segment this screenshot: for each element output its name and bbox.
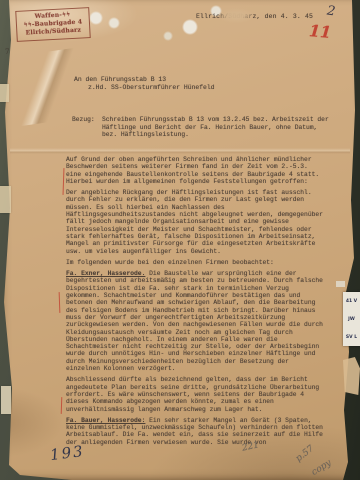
reference-label: Bezug: [72, 116, 102, 139]
paper-edge-tear [0, 186, 11, 213]
paper-edge-tear [0, 84, 9, 102]
typed-paragraph: Auf Grund der oben angeführten Schreiben… [66, 156, 324, 185]
typed-paragraph: Im folgenden wurde bei den einzelnen Fir… [66, 259, 324, 266]
side-label-text: JW [348, 317, 355, 322]
archive-side-label: 41 VJWSV L [343, 292, 360, 346]
address-line-2: z.Hd. SS-Obersturmführer Hünefeld [88, 84, 215, 92]
address-block: An den Führungsstab B 13 z.Hd. SS-Oberst… [74, 76, 215, 92]
firm-name-underlined: Fa. Bauer, Hasserode: [66, 417, 145, 424]
firm-name-underlined: Fa. Exner, Hasserode. [66, 270, 145, 277]
reference-text: Schreiben Führungsstab B 13 vom 13.2.45 … [102, 116, 334, 139]
side-label-text: 41 V [346, 299, 357, 304]
paper-crease [10, 148, 350, 154]
dateline: Ellrich/Südharz, den 4. 3. 45 [196, 13, 313, 20]
typed-paragraph: Fa. Bauer, Hasserode: Ein sehr starker M… [66, 417, 324, 446]
paper-edge-tear [1, 386, 11, 414]
document-photo: Waffen-ϟϟ ϟϟ-Baubrigade 4 Ellrich/Südhar… [0, 0, 360, 480]
unit-stamp: Waffen-ϟϟ ϟϟ-Baubrigade 4 Ellrich/Südhar… [15, 7, 91, 42]
reference-block: Bezug: Schreiben Führungsstab B 13 vom 1… [72, 116, 334, 139]
typed-body: Auf Grund der oben angeführten Schreiben… [66, 156, 324, 450]
ink-smudge [218, 8, 254, 23]
typed-paragraph: Abschliessend dürfte als bezeichnend gel… [66, 376, 324, 412]
address-line-1: An den Führungsstab B 13 [74, 76, 215, 84]
typed-paragraph: Fa. Exner, Hasserode. Die Baustelle war … [66, 270, 324, 372]
paper-edge-tear [343, 357, 360, 395]
side-label-text: SV L [346, 335, 357, 340]
margin-mark: 7 [5, 48, 9, 56]
red-pencil-number: 11 [308, 21, 332, 42]
typed-paragraph: Der angebliche Rückgang der Häftlingslei… [66, 189, 324, 255]
paper-scrap [336, 281, 345, 287]
